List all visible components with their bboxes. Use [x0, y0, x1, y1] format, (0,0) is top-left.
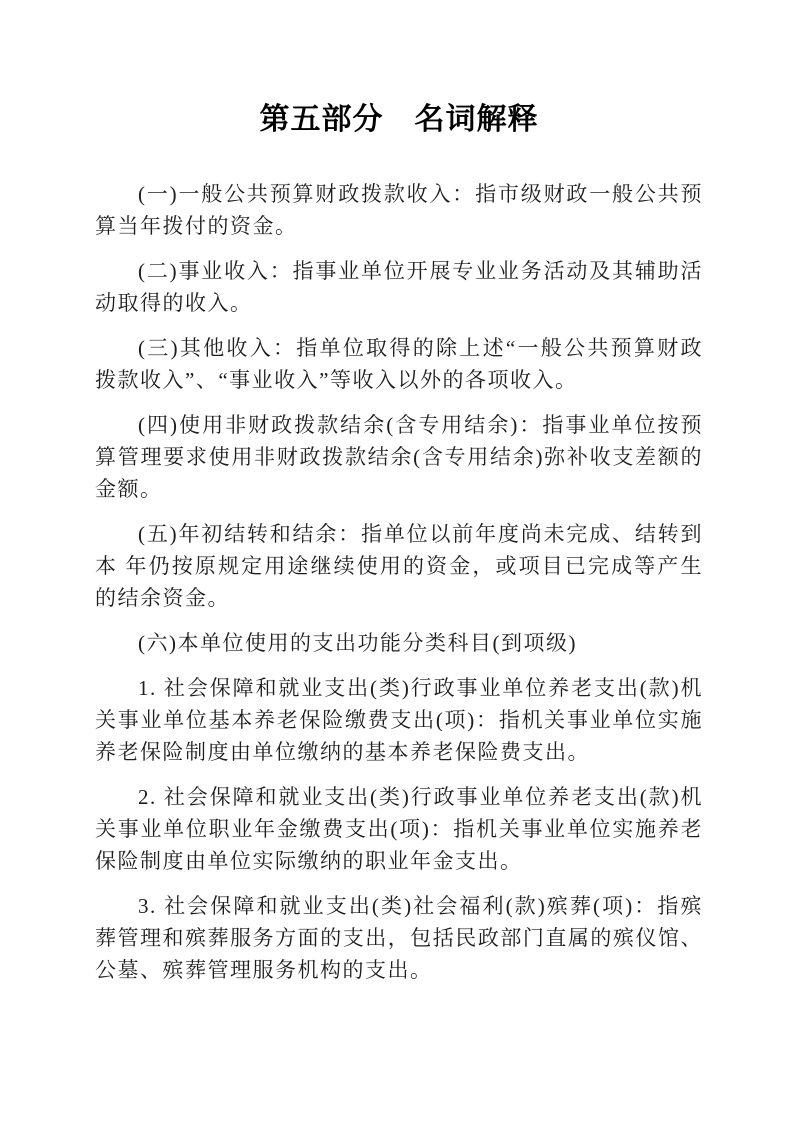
document-page: 第五部分 名词解释 (一)一般公共预算财政拨款收入：指市级财政一般公共预算当年拨…: [0, 0, 793, 1123]
para-other-income: (三)其他收入：指单位取得的除上述“一般公共预算财政拨款收入”、“事业收入”等收…: [95, 332, 703, 396]
para-year-begin-carryover: (五)年初结转和结余：指单位以前年度尚未完成、结转到本 年仍按原规定用途继续使用…: [95, 518, 703, 614]
para-non-fiscal-carryover-use: (四)使用非财政拨款结余(含专用结余)：指事业单位按预算管理要求使用非财政拨款结…: [95, 409, 703, 505]
para-occupational-annuity-expenditure: 2. 社会保障和就业支出(类)行政事业单位养老支出(款)机关事业单位职业年金缴费…: [95, 781, 703, 877]
para-expenditure-function-classification: (六)本单位使用的支出功能分类科目(到项级): [95, 627, 703, 659]
para-general-public-budget-income: (一)一般公共预算财政拨款收入：指市级财政一般公共预算当年拨付的资金。: [95, 178, 703, 242]
para-business-income: (二)事业收入：指事业单位开展专业业务活动及其辅助活动取得的收入。: [95, 255, 703, 319]
para-funeral-expenditure: 3. 社会保障和就业支出(类)社会福利(款)殡葬(项)：指殡葬管理和殡葬服务方面…: [95, 890, 703, 986]
page-title: 第五部分 名词解释: [95, 103, 703, 137]
para-basic-pension-expenditure: 1. 社会保障和就业支出(类)行政事业单位养老支出(款)机关事业单位基本养老保险…: [95, 672, 703, 768]
